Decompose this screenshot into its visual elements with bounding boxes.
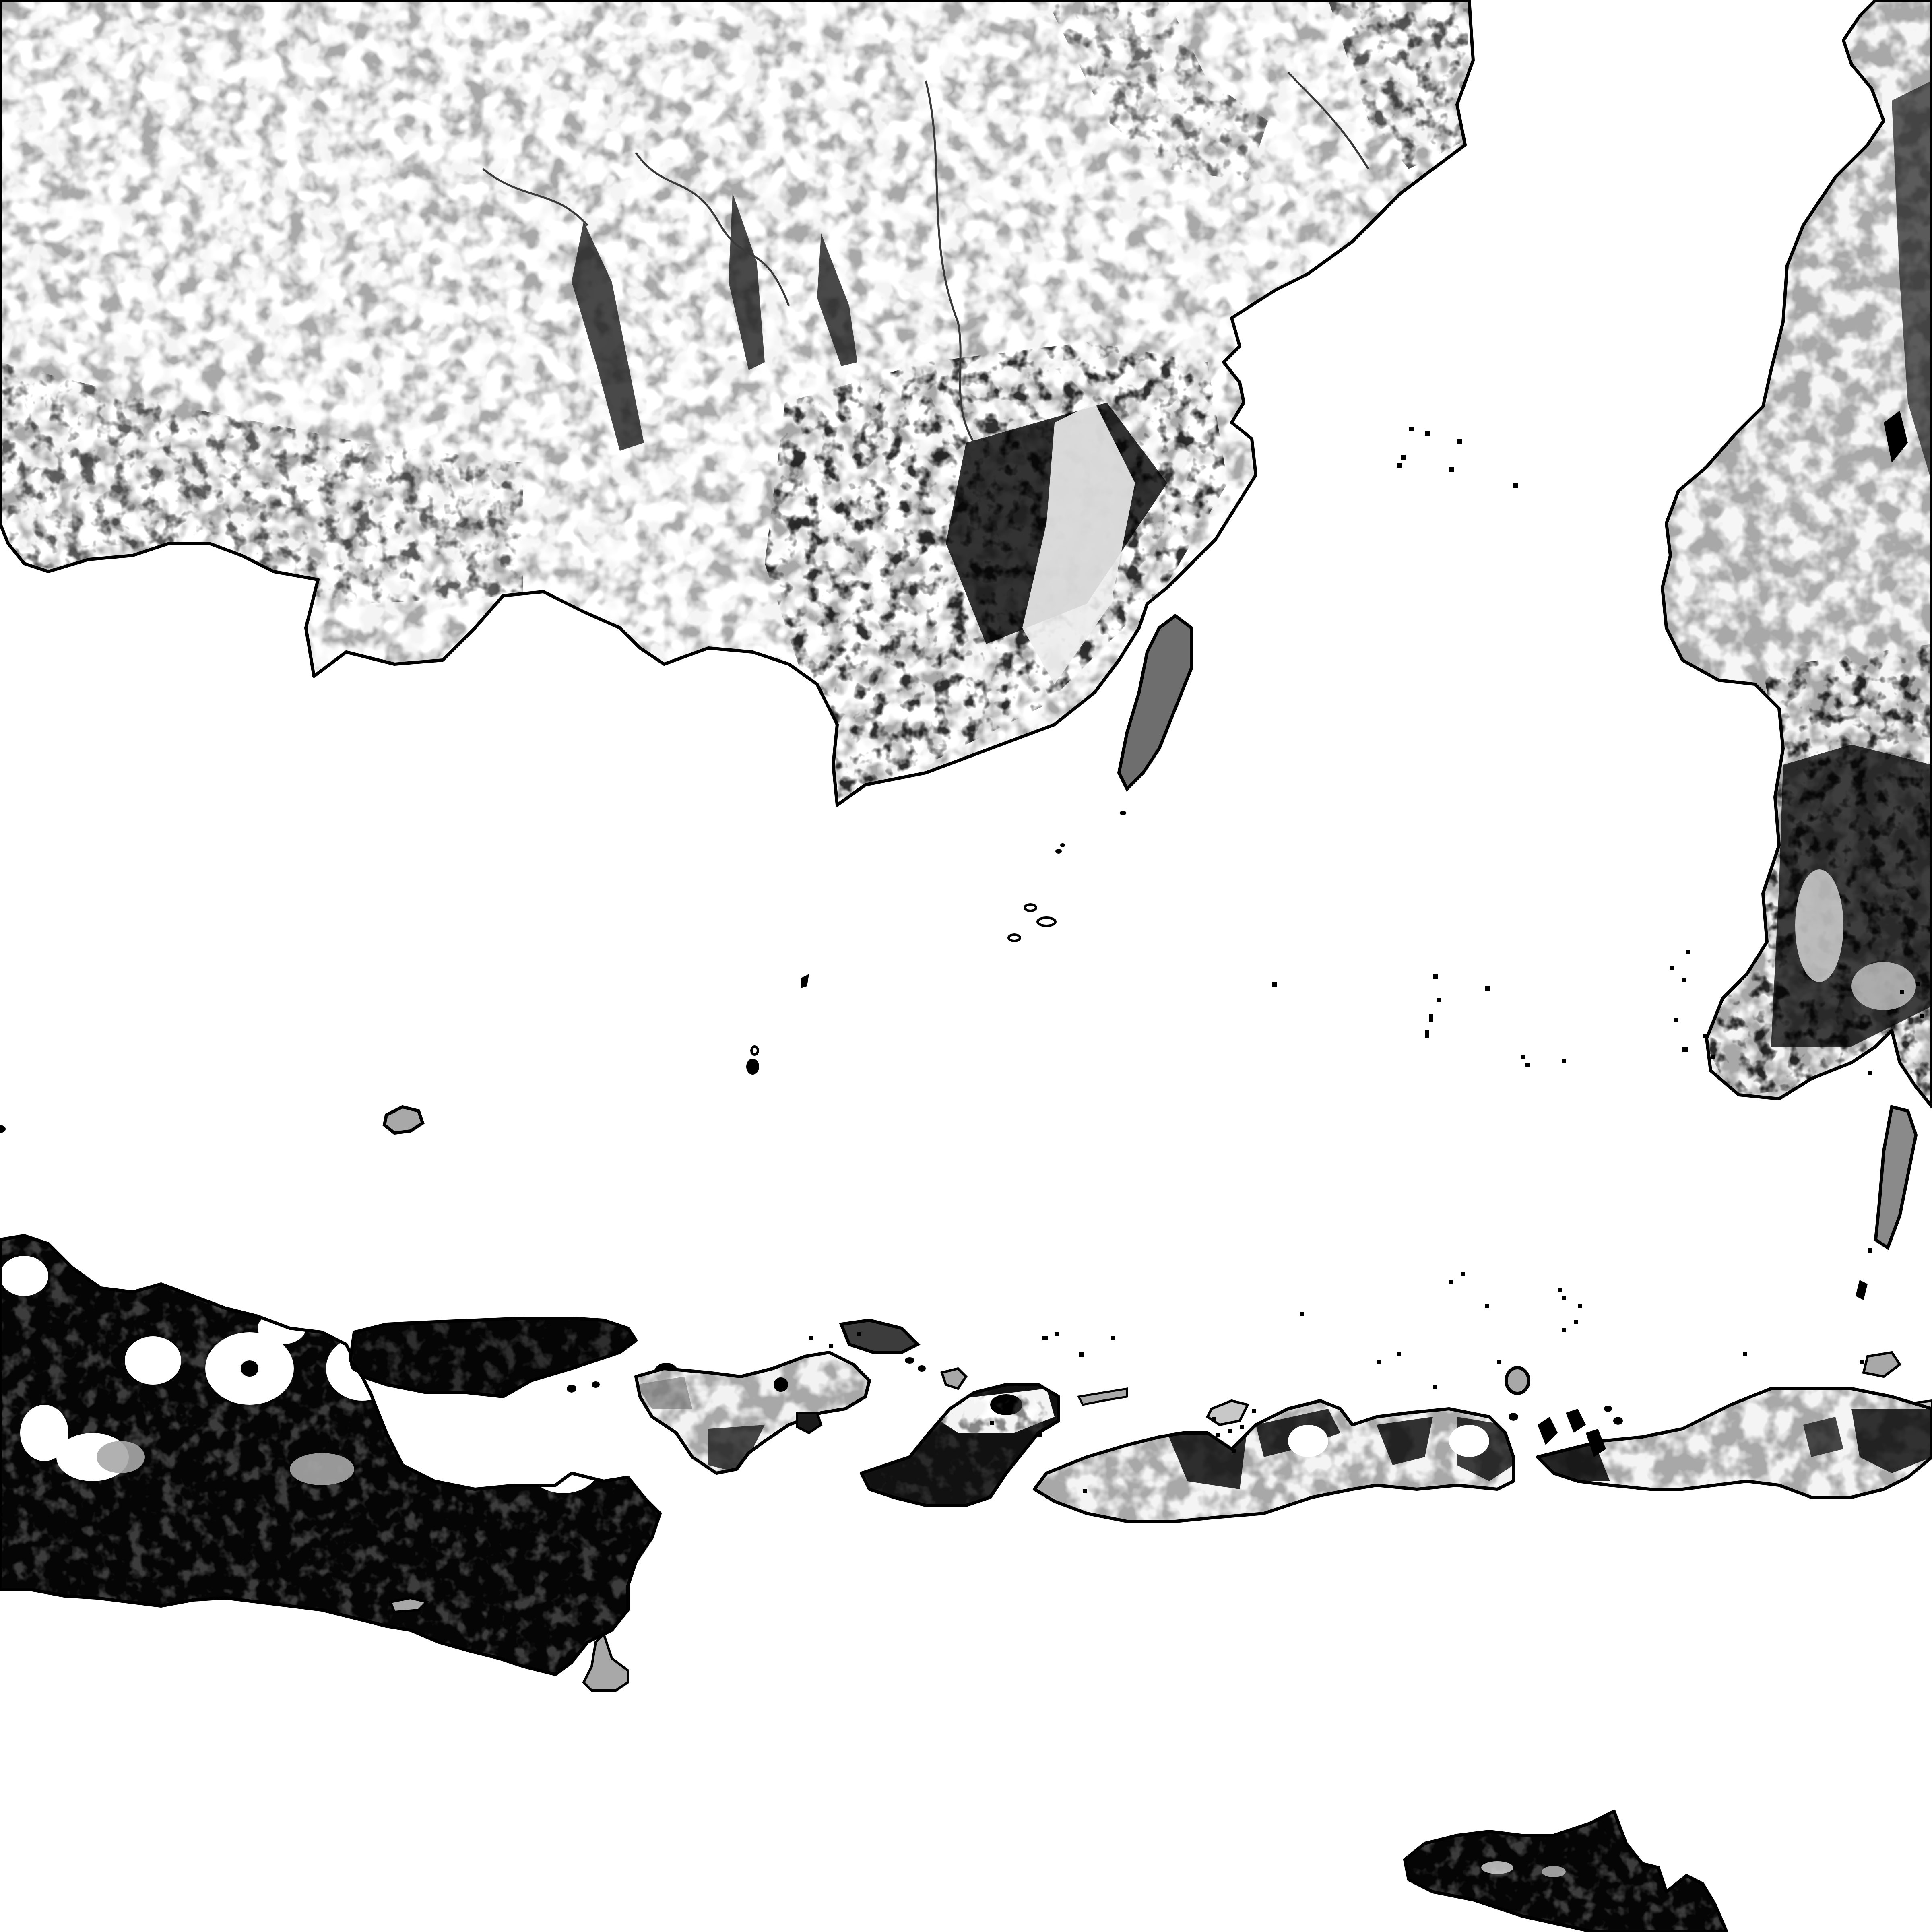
island-masalembu-small	[751, 1046, 758, 1055]
island-masalembu	[746, 1059, 759, 1075]
land-cover-map	[0, 0, 1932, 1932]
island-sangeang	[1506, 1368, 1529, 1393]
map-svg	[0, 0, 1932, 1932]
